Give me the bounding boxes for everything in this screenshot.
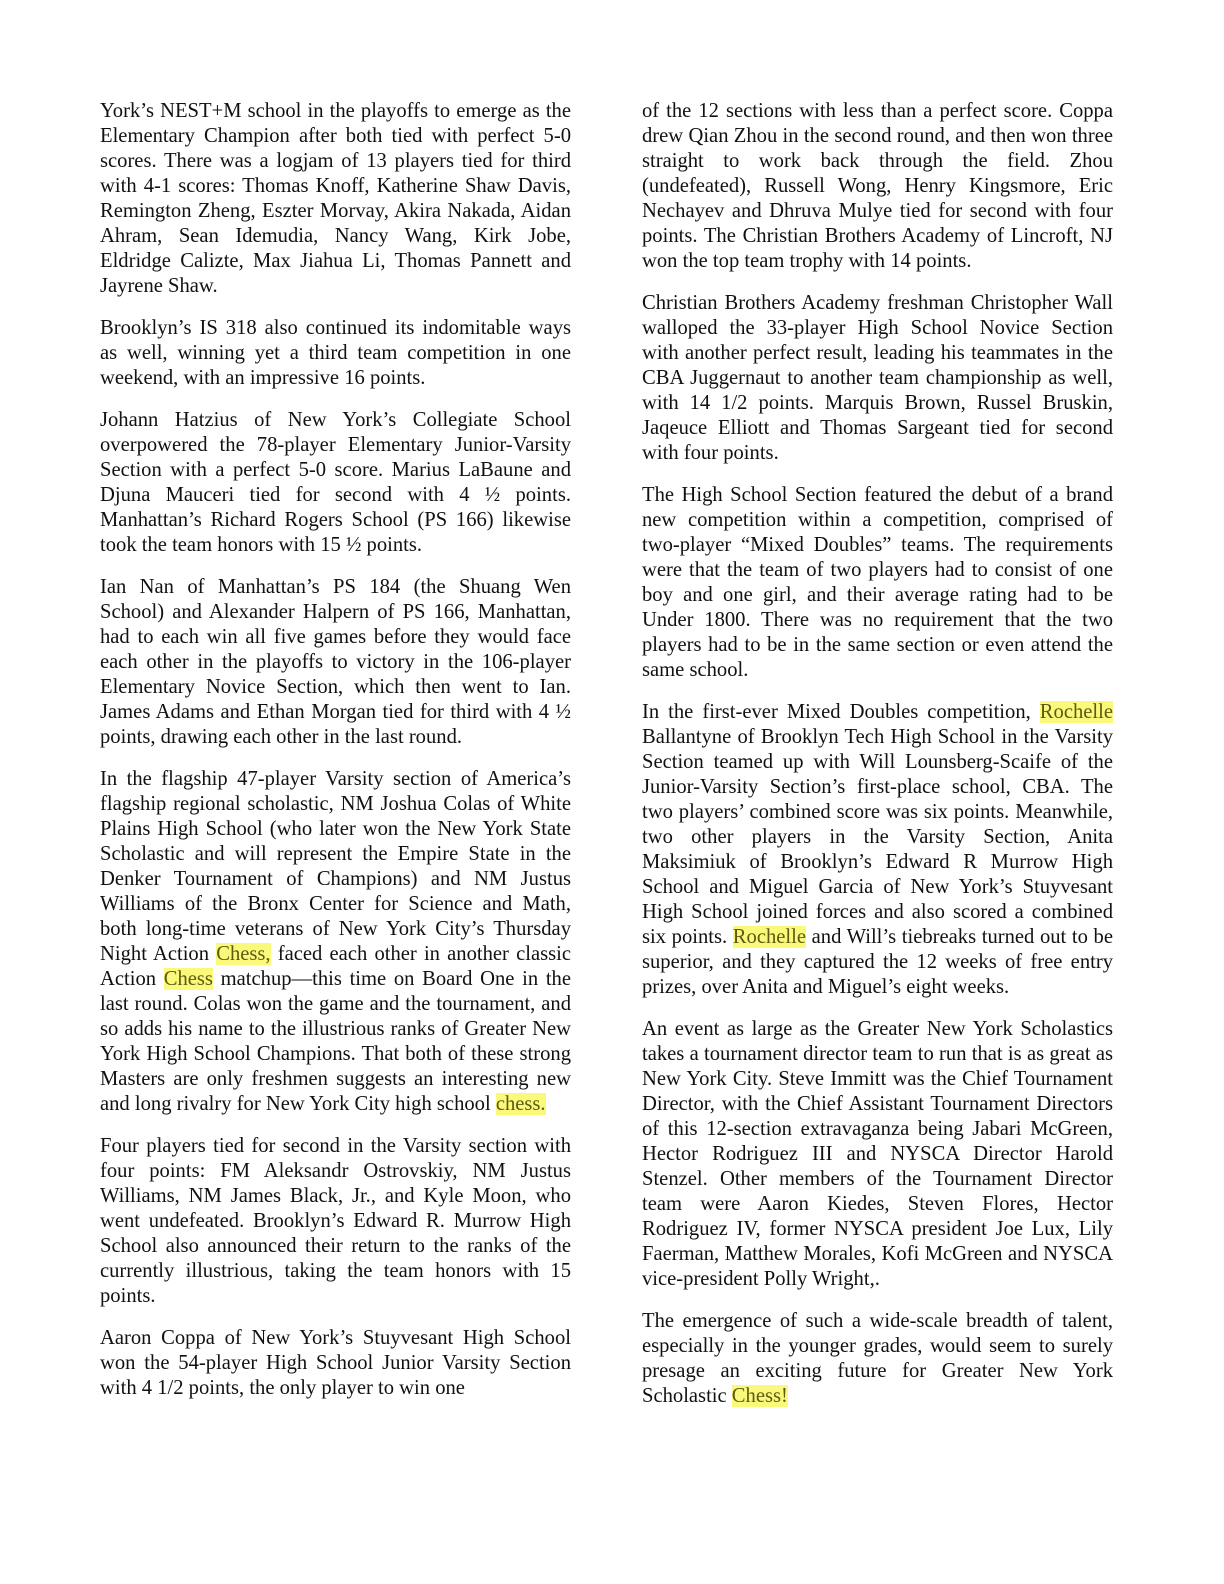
right-column: of the 12 sections with less than a perf… bbox=[642, 99, 1113, 1426]
paragraph-text: The emergence of such a wide-scale bread… bbox=[642, 1310, 1113, 1407]
search-highlight: chess. bbox=[496, 1093, 546, 1115]
paragraph-text: Christian Brothers Academy freshman Chri… bbox=[642, 292, 1113, 464]
paragraph-conclusion: The emergence of such a wide-scale bread… bbox=[642, 1309, 1113, 1409]
paragraph-text: In the flagship 47-player Varsity sectio… bbox=[100, 768, 571, 965]
paragraph-text: An event as large as the Greater New Yor… bbox=[642, 1018, 1113, 1290]
search-highlight: Rochelle bbox=[733, 926, 806, 948]
search-highlight: Chess bbox=[164, 968, 213, 990]
paragraph-text: Johann Hatzius of New York’s Collegiate … bbox=[100, 409, 571, 556]
paragraph-varsity-second: Four players tied for second in the Vars… bbox=[100, 1134, 571, 1309]
paragraph-text: Ian Nan of Manhattan’s PS 184 (the Shuan… bbox=[100, 576, 571, 748]
document-page: York’s NEST+M school in the playoffs to … bbox=[0, 0, 1224, 1584]
paragraph-text: In the first-ever Mixed Doubles competit… bbox=[642, 701, 1040, 723]
paragraph-mixed-doubles-intro: The High School Section featured the deb… bbox=[642, 483, 1113, 683]
paragraph-is318: Brooklyn’s IS 318 also continued its ind… bbox=[100, 316, 571, 391]
paragraph-mixed-doubles-result: In the first-ever Mixed Doubles competit… bbox=[642, 700, 1113, 1000]
search-highlight: Chess! bbox=[732, 1385, 788, 1407]
paragraph-elementary-jv: Johann Hatzius of New York’s Collegiate … bbox=[100, 408, 571, 558]
paragraph-tournament-directors: An event as large as the Greater New Yor… bbox=[642, 1017, 1113, 1292]
paragraph-varsity: In the flagship 47-player Varsity sectio… bbox=[100, 767, 571, 1117]
paragraph-text: Ballantyne of Brooklyn Tech High School … bbox=[642, 726, 1113, 948]
paragraph-text: Aaron Coppa of New York’s Stuyvesant Hig… bbox=[100, 1327, 571, 1399]
paragraph-text: Four players tied for second in the Vars… bbox=[100, 1135, 571, 1307]
paragraph-text: Brooklyn’s IS 318 also continued its ind… bbox=[100, 317, 571, 389]
paragraph-hs-jv: Aaron Coppa of New York’s Stuyvesant Hig… bbox=[100, 1326, 571, 1401]
paragraph-text: The High School Section featured the deb… bbox=[642, 484, 1113, 681]
paragraph-elementary-champion: York’s NEST+M school in the playoffs to … bbox=[100, 99, 571, 299]
paragraph-hs-novice: Christian Brothers Academy freshman Chri… bbox=[642, 291, 1113, 466]
paragraph-text: of the 12 sections with less than a perf… bbox=[642, 100, 1113, 272]
paragraph-elementary-novice: Ian Nan of Manhattan’s PS 184 (the Shuan… bbox=[100, 575, 571, 750]
paragraph-hs-jv-continued: of the 12 sections with less than a perf… bbox=[642, 99, 1113, 274]
paragraph-text: York’s NEST+M school in the playoffs to … bbox=[100, 100, 571, 297]
left-column: York’s NEST+M school in the playoffs to … bbox=[100, 99, 571, 1418]
search-highlight: Chess, bbox=[216, 943, 270, 965]
search-highlight: Rochelle bbox=[1040, 701, 1113, 723]
